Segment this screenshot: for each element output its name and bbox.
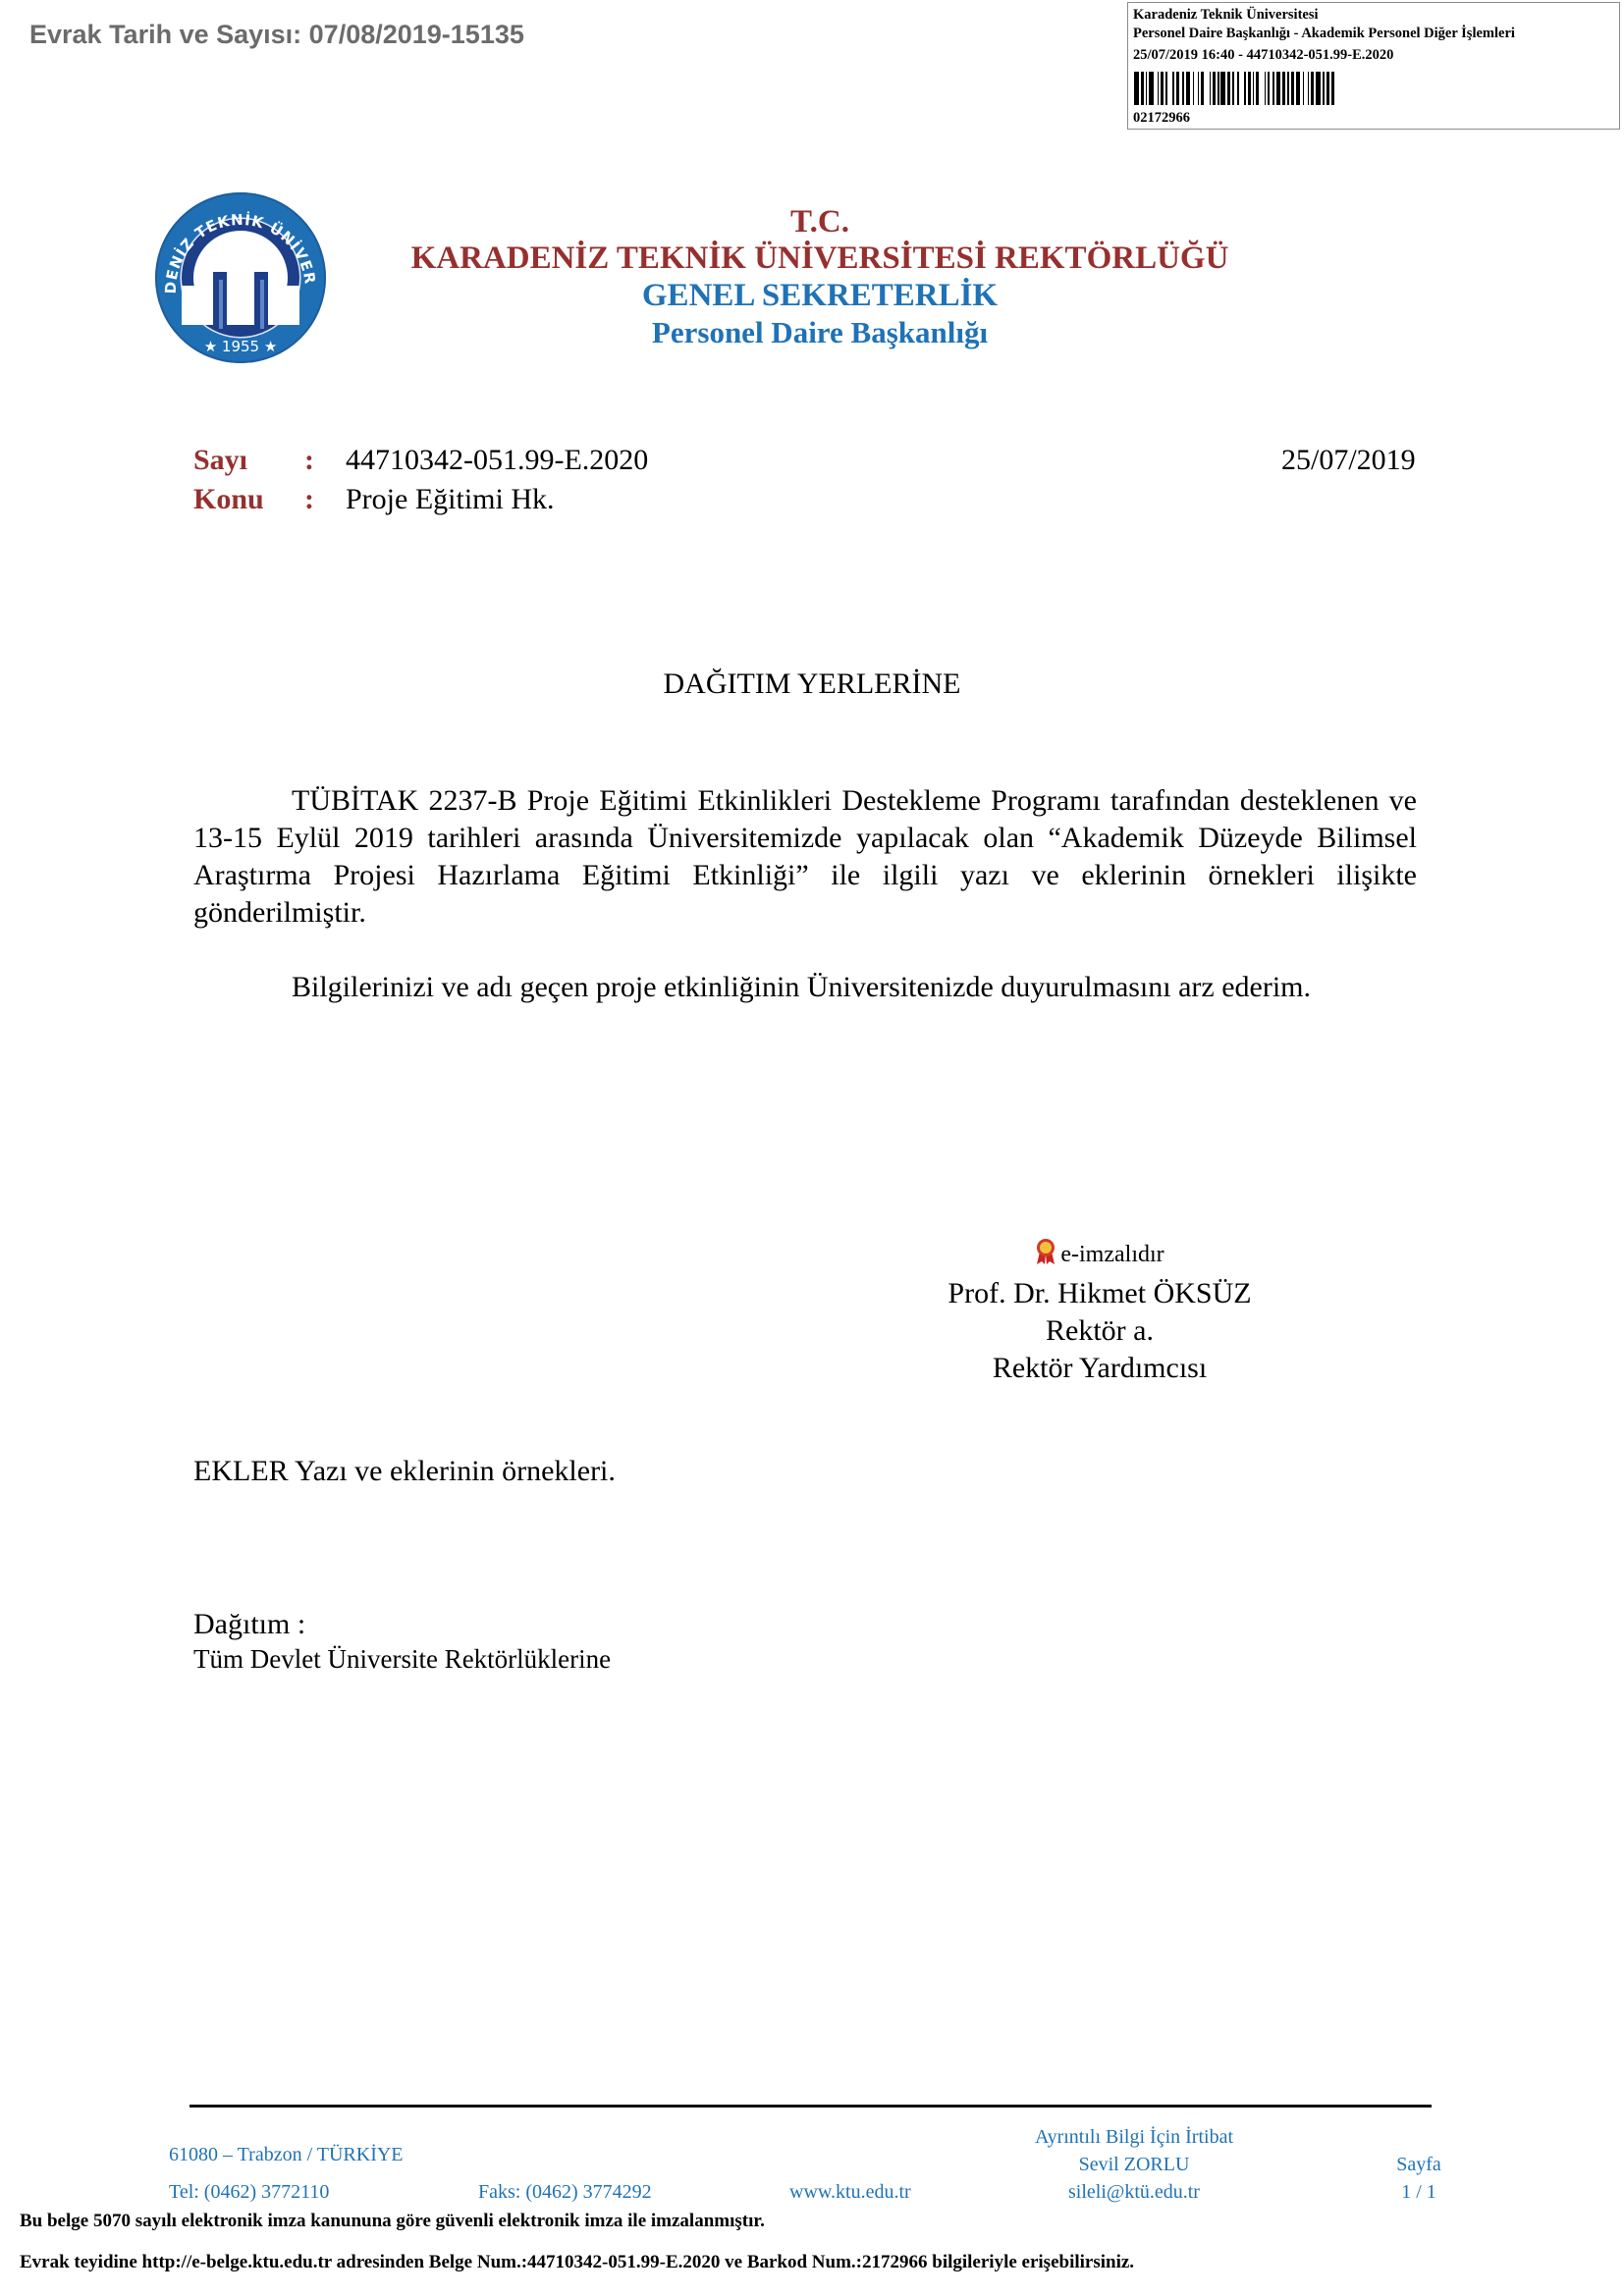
addressee: DAĞITIM YERLERİNE (0, 667, 1624, 701)
body-paragraph-1: TÜBİTAK 2237-B Proje Eğitimi Etkinlikler… (193, 782, 1417, 932)
barcode (1134, 72, 1401, 105)
stamp-datetime-number: 25/07/2019 16:40 - 44710342-051.99-E.202… (1128, 46, 1393, 65)
attachments: EKLER Yazı ve eklerinin örnekleri. (193, 1455, 616, 1488)
stamp-institution: Karadeniz Teknik Üniversitesi (1128, 6, 1319, 25)
document-date-number: Evrak Tarih ve Sayısı: 07/08/2019-15135 (29, 20, 524, 50)
stamp-barcode-number: 02172966 (1128, 109, 1190, 128)
footer-website[interactable]: www.ktu.edu.tr (789, 2181, 911, 2204)
registry-stamp: Karadeniz Teknik Üniversitesi Personel D… (1127, 2, 1620, 130)
footer-address: 61080 – Trabzon / TÜRKİYE (169, 2144, 404, 2166)
distribution-label: Dağıtım : (193, 1608, 305, 1641)
signatory-name: Prof. Dr. Hikmet ÖKSÜZ (884, 1275, 1316, 1312)
footer-contact-email[interactable]: sileli@ktü.edu.tr (992, 2181, 1276, 2204)
sayi-label: Sayı (193, 444, 247, 477)
footer-contact-name: Sevil ZORLU (992, 2154, 1276, 2176)
footer-divider (189, 2105, 1432, 2108)
konu-value: Proje Eğitimi Hk. (346, 483, 555, 516)
signatory-title-2: Rektör Yardımcısı (884, 1350, 1316, 1387)
sayi-colon: : (304, 444, 314, 477)
document-date: 25/07/2019 (1281, 444, 1416, 477)
esign-indicator: e-imzalıdır (884, 1234, 1316, 1275)
footer-fax: Faks: (0462) 3774292 (478, 2181, 652, 2204)
footer-contact-title: Ayrıntılı Bilgi İçin İrtibat (992, 2126, 1276, 2149)
header-general-secretariat: GENEL SEKRETERLİK (0, 278, 1624, 314)
header-tc: T.C. (0, 204, 1624, 240)
footer-tel: Tel: (0462) 3772110 (169, 2181, 329, 2204)
header-university: KARADENİZ TEKNİK ÜNİVERSİTESİ REKTÖRLÜĞÜ (0, 240, 1624, 277)
verification-notice: Evrak teyidine http://e-belge.ktu.edu.tr… (20, 2252, 1134, 2273)
sayi-value: 44710342-051.99-E.2020 (346, 444, 648, 477)
ribbon-seal-icon (1035, 1238, 1056, 1275)
body-paragraph-2: Bilgilerinizi ve adı geçen proje etkinli… (193, 969, 1417, 1006)
konu-colon: : (304, 483, 314, 516)
header-department: Personel Daire Başkanlığı (0, 315, 1624, 350)
konu-label: Konu (193, 483, 264, 516)
footer-page-label: Sayfa (1375, 2154, 1463, 2176)
esign-legal-notice: Bu belge 5070 sayılı elektronik imza kan… (20, 2211, 765, 2232)
signature-block: e-imzalıdır Prof. Dr. Hikmet ÖKSÜZ Rektö… (884, 1234, 1316, 1387)
signatory-title-1: Rektör a. (884, 1312, 1316, 1350)
footer-page-number: 1 / 1 (1375, 2181, 1463, 2204)
distribution-value: Tüm Devlet Üniversite Rektörlüklerine (193, 1644, 611, 1675)
stamp-department: Personel Daire Başkanlığı - Akademik Per… (1128, 25, 1515, 43)
